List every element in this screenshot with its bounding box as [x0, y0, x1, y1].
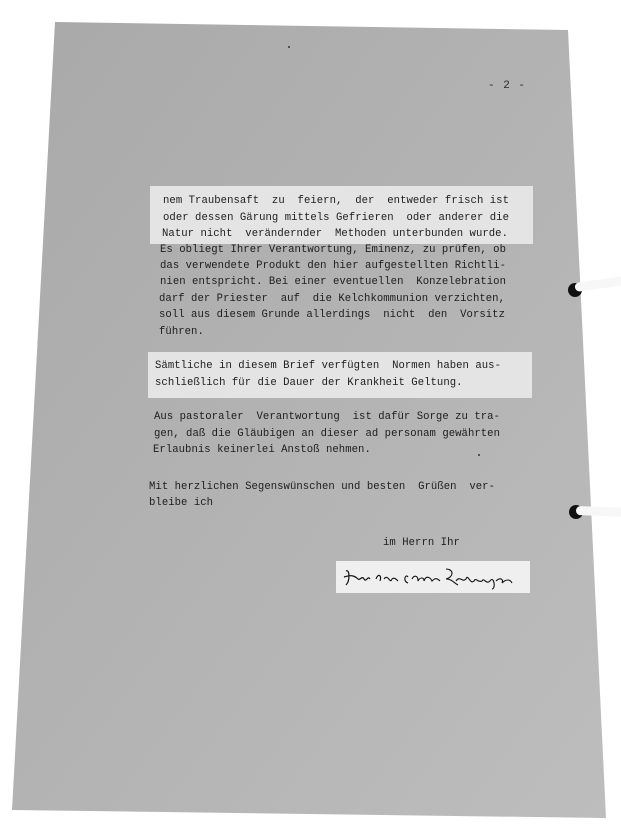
text-line: Erlaubnis keinerlei Anstoß nehmen.	[153, 444, 371, 457]
text-line: bleibe ich	[149, 497, 213, 510]
text-line: Aus pastoraler Verantwortung ist dafür S…	[154, 411, 500, 424]
text-line: darf der Priester auf die Kelchkommunion…	[159, 293, 505, 306]
text-line: soll aus diesem Grunde allerdings nicht …	[159, 309, 505, 322]
text-line: das verwendete Produkt den hier aufgeste…	[160, 260, 506, 273]
text-line: gen, daß die Gläubigen an dieser ad pers…	[154, 428, 500, 441]
stray-mark	[288, 46, 290, 48]
signature	[336, 561, 530, 593]
signature-handwriting	[336, 561, 530, 593]
highlight-paragraph-3	[148, 352, 532, 398]
page-number: - 2 -	[488, 80, 526, 92]
text-line: Es obliegt Ihrer Verantwortung, Eminenz,…	[160, 244, 506, 257]
text-line: nien entspricht. Bei einer eventuellen K…	[160, 276, 506, 289]
text-line: oder dessen Gärung mittels Gefrieren ode…	[163, 212, 509, 225]
text-line: Natur nicht verändernder Methoden unterb…	[162, 228, 508, 241]
text-line: Mit herzlichen Segenswünschen und besten…	[149, 481, 495, 494]
text-line: schließlich für die Dauer der Krankheit …	[155, 377, 463, 390]
stray-mark	[478, 454, 480, 456]
text-line: Sämtliche in diesem Brief verfügten Norm…	[155, 360, 501, 373]
text-line: führen.	[159, 326, 204, 339]
text-line: nem Traubensaft zu feiern, der entweder …	[163, 195, 509, 208]
binder-ring-bottom	[576, 506, 621, 517]
closing-text: im Herrn Ihr	[383, 537, 460, 550]
